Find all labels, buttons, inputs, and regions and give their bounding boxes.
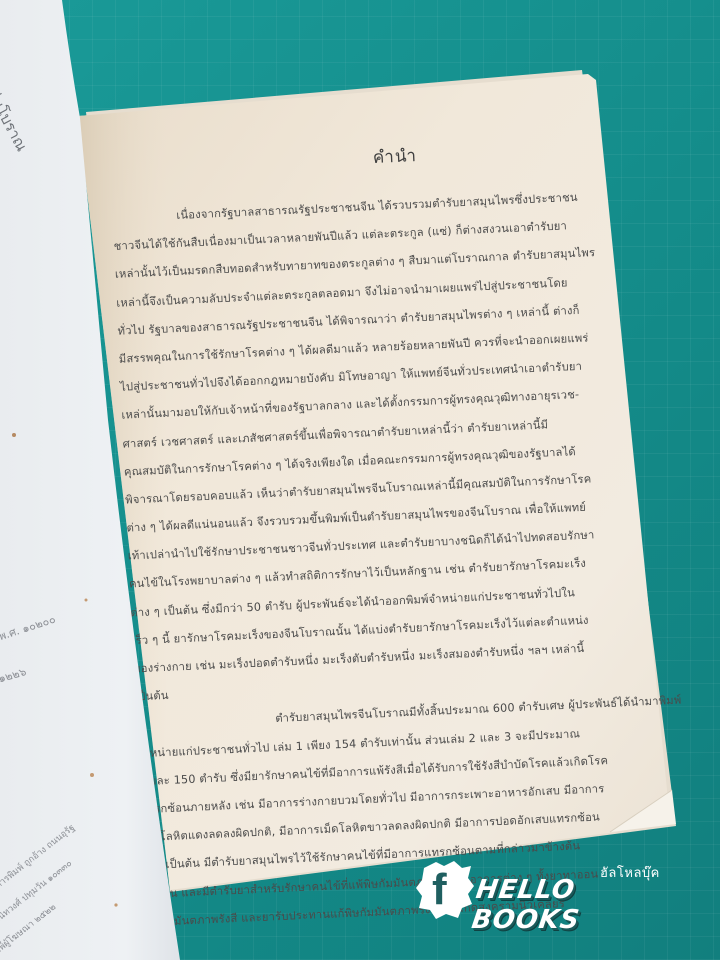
facebook-f-glyph: f bbox=[432, 864, 447, 916]
left-page-flap: ยาจีนโบราณ พ.ศ. ๑๐๒๐๐ ๑๒๒๖ อุรัฐการพิมพ์… bbox=[0, 0, 200, 960]
hello-books-watermark: f ฮัลโหลบุ๊ค HELLO BOOKS bbox=[414, 860, 684, 920]
brand-name-english: HELLO BOOKS bbox=[470, 875, 688, 935]
